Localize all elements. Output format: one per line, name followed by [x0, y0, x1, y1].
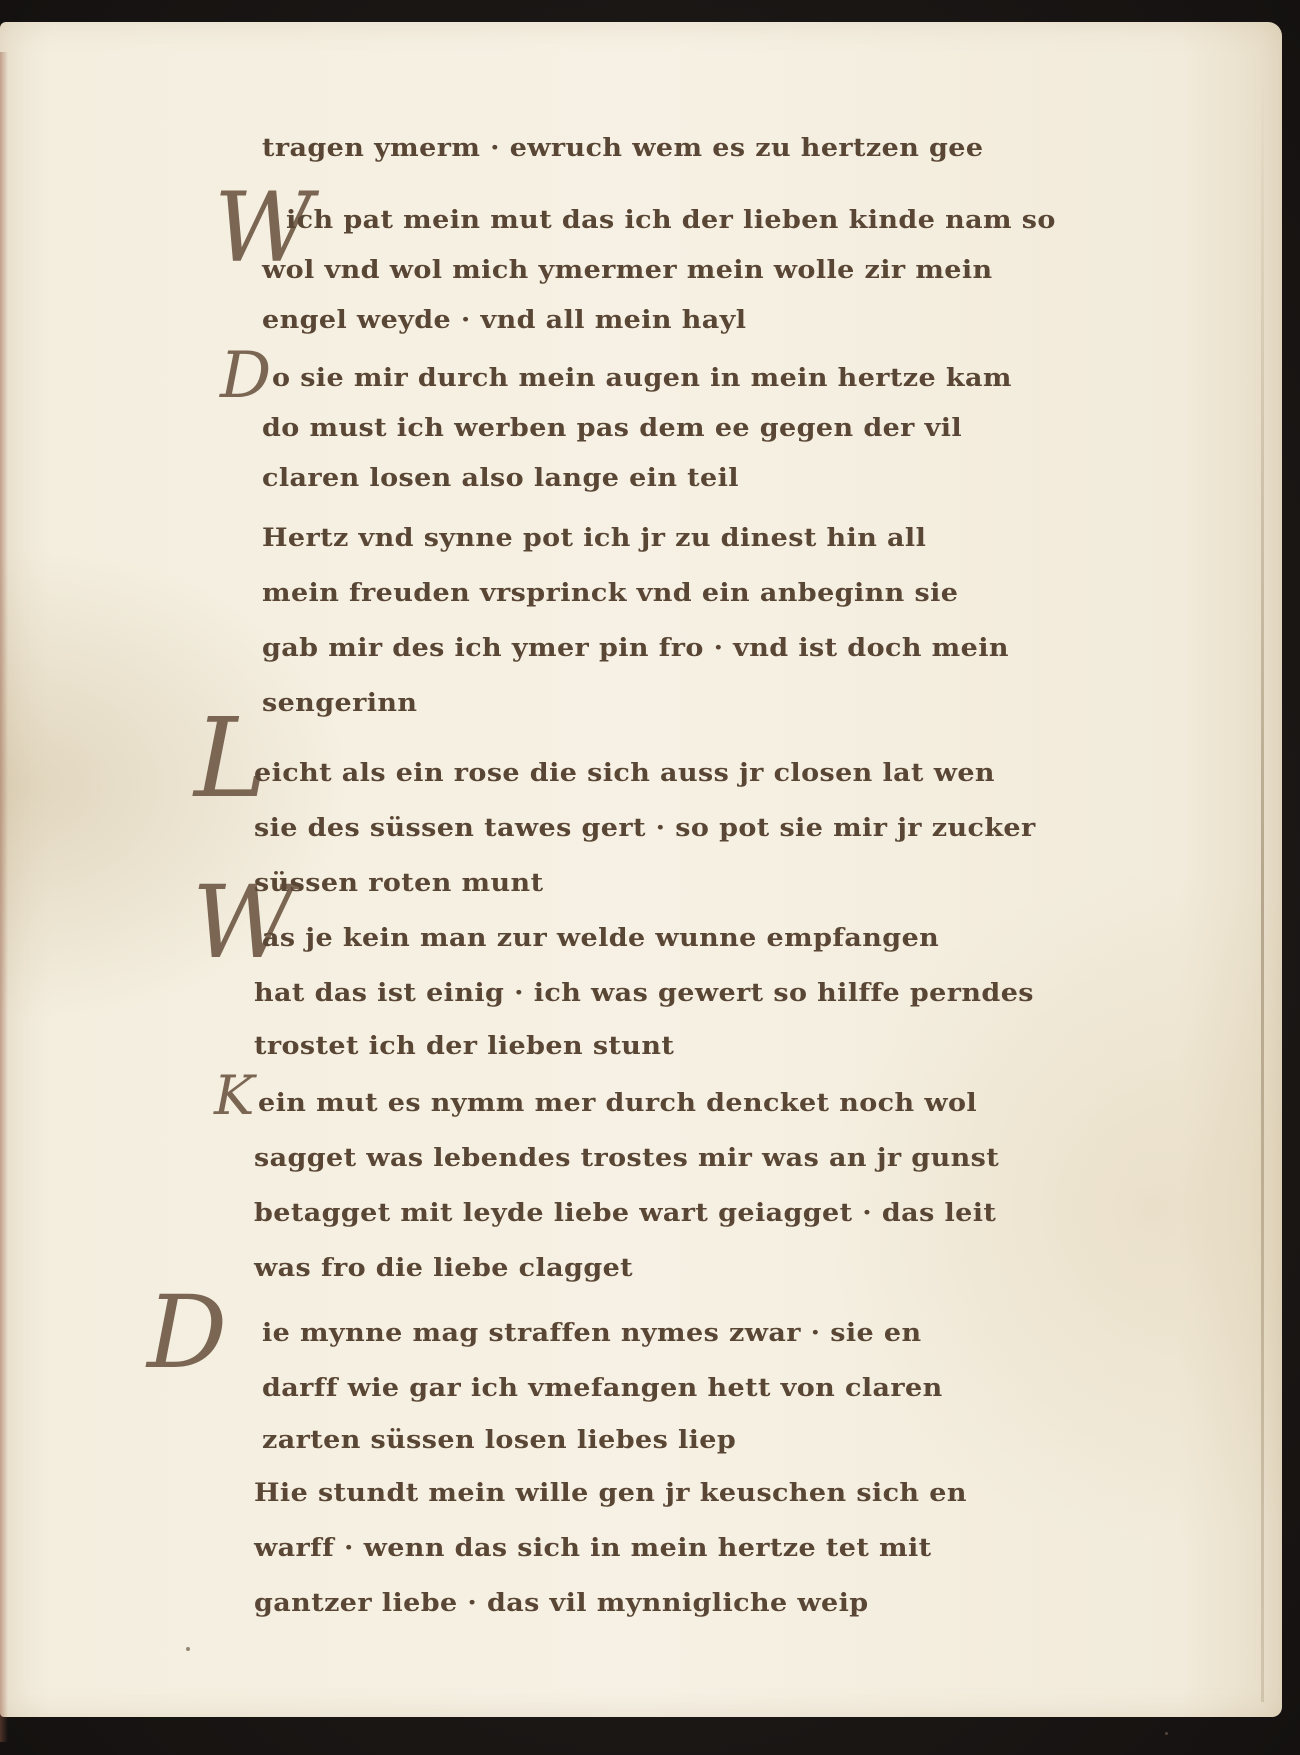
manuscript-page: W D L W K D tragen ymerm · ewruch wem es… [0, 22, 1282, 1717]
text-line: wol vnd wol mich ymermer mein wolle zir … [262, 256, 993, 285]
text-line: engel weyde · vnd all mein hayl [262, 306, 746, 335]
initial-k: K [214, 1064, 254, 1127]
text-line: sagget was lebendes trostes mir was an j… [254, 1144, 999, 1173]
text-line: Hie stundt mein wille gen jr keuschen si… [254, 1479, 967, 1508]
text-line: sengerinn [262, 689, 417, 718]
text-line: o sie mir durch mein augen in mein hertz… [272, 364, 1012, 393]
text-line: as je kein man zur welde wunne empfangen [262, 924, 939, 953]
text-line: gantzer liebe · das vil mynnigliche weip [254, 1589, 869, 1618]
text-line: sie des süssen tawes gert · so pot sie m… [254, 814, 1036, 843]
text-line: was fro die liebe clagget [254, 1254, 633, 1283]
text-line: claren losen also lange ein teil [262, 464, 739, 493]
page-fore-edge [1261, 82, 1264, 1702]
text-line: süssen roten munt [254, 869, 543, 898]
text-line: betagget mit leyde liebe wart geiagget ·… [254, 1199, 996, 1228]
text-line: ich pat mein mut das ich der lieben kind… [286, 206, 1056, 235]
text-line: zarten süssen losen liebes liep [262, 1426, 736, 1455]
initial-d-1: D [220, 339, 271, 413]
ink-speck [186, 1647, 190, 1651]
text-line: tragen ymerm · ewruch wem es zu hertzen … [262, 134, 983, 163]
text-line: gab mir des ich ymer pin fro · vnd ist d… [262, 634, 1009, 663]
page-gutter-edge [0, 52, 8, 1742]
text-line: ie mynne mag straffen nymes zwar · sie e… [262, 1319, 922, 1348]
text-line: ein mut es nymm mer durch dencket noch w… [258, 1089, 977, 1118]
text-line: eicht als ein rose die sich auss jr clos… [254, 759, 995, 788]
initial-d-2: D [147, 1274, 227, 1391]
initial-l: L [194, 694, 267, 822]
text-line: warff · wenn das sich in mein hertze tet… [254, 1534, 932, 1563]
ink-speck [1165, 1732, 1168, 1735]
text-line: darff wie gar ich vmefangen hett von cla… [262, 1374, 943, 1403]
text-line: do must ich werben pas dem ee gegen der … [262, 414, 962, 443]
text-line: trostet ich der lieben stunt [254, 1032, 674, 1061]
text-line: Hertz vnd synne pot ich jr zu dinest hin… [262, 524, 926, 553]
text-line: mein freuden vrsprinck vnd ein anbeginn … [262, 579, 958, 608]
text-line: hat das ist einig · ich was gewert so hi… [254, 979, 1034, 1008]
